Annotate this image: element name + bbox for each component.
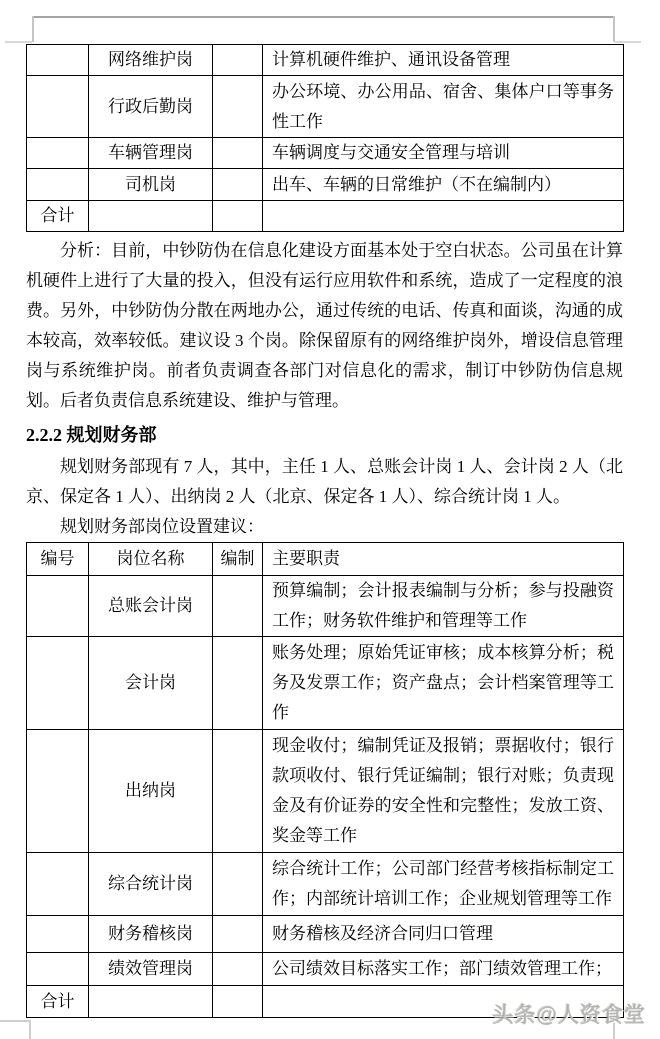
finance-positions-table: 编号 岗位名称 编制 主要职责 总账会计岗 预算编制；会计报表编制与分析；参与投… (26, 542, 624, 1018)
cell-post-name: 总账会计岗 (89, 576, 213, 637)
document-page: 网络维护岗 计算机硬件维护、通讯设备管理 行政后勤岗 办公环境、办公用品、宿舍、… (0, 0, 660, 1039)
cell-duty: 出车、车辆的日常维护（不在编制内） (263, 169, 624, 201)
cell-duty: 办公环境、办公用品、宿舍、集体户口等事务性工作 (263, 76, 624, 138)
analysis-paragraph: 分析：目前，中钞防伪在信息化建设方面基本处于空白状态。公司虽在计算机硬件上进行了… (26, 236, 623, 416)
table-row: 绩效管理岗 公司绩效目标落实工作；部门绩效管理工作； (27, 953, 624, 986)
cell-post-name (89, 986, 213, 1018)
cell-post-name: 综合统计岗 (89, 853, 213, 916)
table-header-row: 编号 岗位名称 编制 主要职责 (27, 543, 624, 576)
dept-intro-paragraph: 规划财务部现有 7 人，其中，主任 1 人、总账会计岗 1 人、会计岗 2 人（… (26, 452, 623, 512)
table-row: 司机岗 出车、车辆的日常维护（不在编制内） (27, 169, 624, 201)
page-edge-bottom-left-line (29, 1020, 31, 1039)
section-heading: 2.2.2 规划财务部 (26, 424, 623, 446)
page-edge-right-stub (615, 41, 641, 43)
cell-quota (213, 853, 263, 916)
page-edge-left-line (32, 16, 34, 42)
page-edge-top-line (32, 16, 615, 18)
table-row: 财务稽核岗 财务稽核及经济合同归口管理 (27, 916, 624, 953)
cell-quota (213, 986, 263, 1018)
table-row: 网络维护岗 计算机硬件维护、通讯设备管理 (27, 45, 624, 76)
cell-post-name: 会计岗 (89, 637, 213, 730)
cell-number (27, 730, 89, 853)
cell-duty (263, 201, 624, 232)
admin-positions-table: 网络维护岗 计算机硬件维护、通讯设备管理 行政后勤岗 办公环境、办公用品、宿舍、… (26, 44, 624, 232)
watermark-label: 头条@人资食堂 (493, 999, 646, 1029)
cell-quota (213, 730, 263, 853)
cell-number (27, 916, 89, 953)
cell-quota (213, 953, 263, 986)
cell-number (27, 853, 89, 916)
cell-post-name: 财务稽核岗 (89, 916, 213, 953)
cell-quota (213, 576, 263, 637)
table-row: 综合统计岗 综合统计工作；公司部门经营考核指标制定工作；内部统计培训工作；企业规… (27, 853, 624, 916)
cell-duty: 公司绩效目标落实工作；部门绩效管理工作； (263, 953, 624, 986)
cell-number (27, 637, 89, 730)
cell-duty: 财务稽核及经济合同归口管理 (263, 916, 624, 953)
cell-number (27, 169, 89, 201)
cell-duty: 预算编制；会计报表编制与分析；参与投融资工作；财务软件维护和管理等工作 (263, 576, 624, 637)
cell-number (27, 76, 89, 138)
cell-post-name (89, 201, 213, 232)
cell-number (27, 576, 89, 637)
cell-duty: 账务处理；原始凭证审核；成本核算分析；税务及发票工作；资产盘点；会计档案管理等工… (263, 637, 624, 730)
table-row: 总账会计岗 预算编制；会计报表编制与分析；参与投融资工作；财务软件维护和管理等工… (27, 576, 624, 637)
page-edge-right-line (613, 16, 615, 42)
cell-post-name: 绩效管理岗 (89, 953, 213, 986)
cell-number (27, 953, 89, 986)
page-edge-left-stub (5, 41, 32, 43)
table-row-total: 合计 (27, 201, 624, 232)
cell-duty: 计算机硬件维护、通讯设备管理 (263, 45, 624, 76)
cell-quota (213, 637, 263, 730)
table-row: 车辆管理岗 车辆调度与交通安全管理与培训 (27, 138, 624, 169)
header-duty: 主要职责 (263, 543, 624, 576)
cell-post-name: 行政后勤岗 (89, 76, 213, 138)
cell-total-label: 合计 (27, 986, 89, 1018)
table-row: 出纳岗 现金收付；编制凭证及报销；票据收付；银行款项收付、银行凭证编制；银行对账… (27, 730, 624, 853)
cell-quota (213, 45, 263, 76)
document-content: 网络维护岗 计算机硬件维护、通讯设备管理 行政后勤岗 办公环境、办公用品、宿舍、… (26, 44, 623, 1018)
cell-number (27, 45, 89, 76)
cell-quota (213, 201, 263, 232)
cell-quota (213, 76, 263, 138)
table-row: 行政后勤岗 办公环境、办公用品、宿舍、集体户口等事务性工作 (27, 76, 624, 138)
cell-total-label: 合计 (27, 201, 89, 232)
cell-duty: 综合统计工作；公司部门经营考核指标制定工作；内部统计培训工作；企业规划管理等工作 (263, 853, 624, 916)
cell-duty: 车辆调度与交通安全管理与培训 (263, 138, 624, 169)
cell-quota (213, 138, 263, 169)
cell-post-name: 车辆管理岗 (89, 138, 213, 169)
cell-post-name: 出纳岗 (89, 730, 213, 853)
header-number: 编号 (27, 543, 89, 576)
cell-post-name: 司机岗 (89, 169, 213, 201)
suggestion-label: 规划财务部岗位设置建议： (26, 512, 623, 542)
header-quota: 编制 (213, 543, 263, 576)
cell-quota (213, 169, 263, 201)
cell-post-name: 网络维护岗 (89, 45, 213, 76)
table-row: 会计岗 账务处理；原始凭证审核；成本核算分析；税务及发票工作；资产盘点；会计档案… (27, 637, 624, 730)
header-post-name: 岗位名称 (89, 543, 213, 576)
cell-quota (213, 916, 263, 953)
page-edge-bottom-left-stub (0, 1020, 30, 1022)
cell-duty: 现金收付；编制凭证及报销；票据收付；银行款项收付、银行凭证编制；银行对账；负责现… (263, 730, 624, 853)
cell-number (27, 138, 89, 169)
